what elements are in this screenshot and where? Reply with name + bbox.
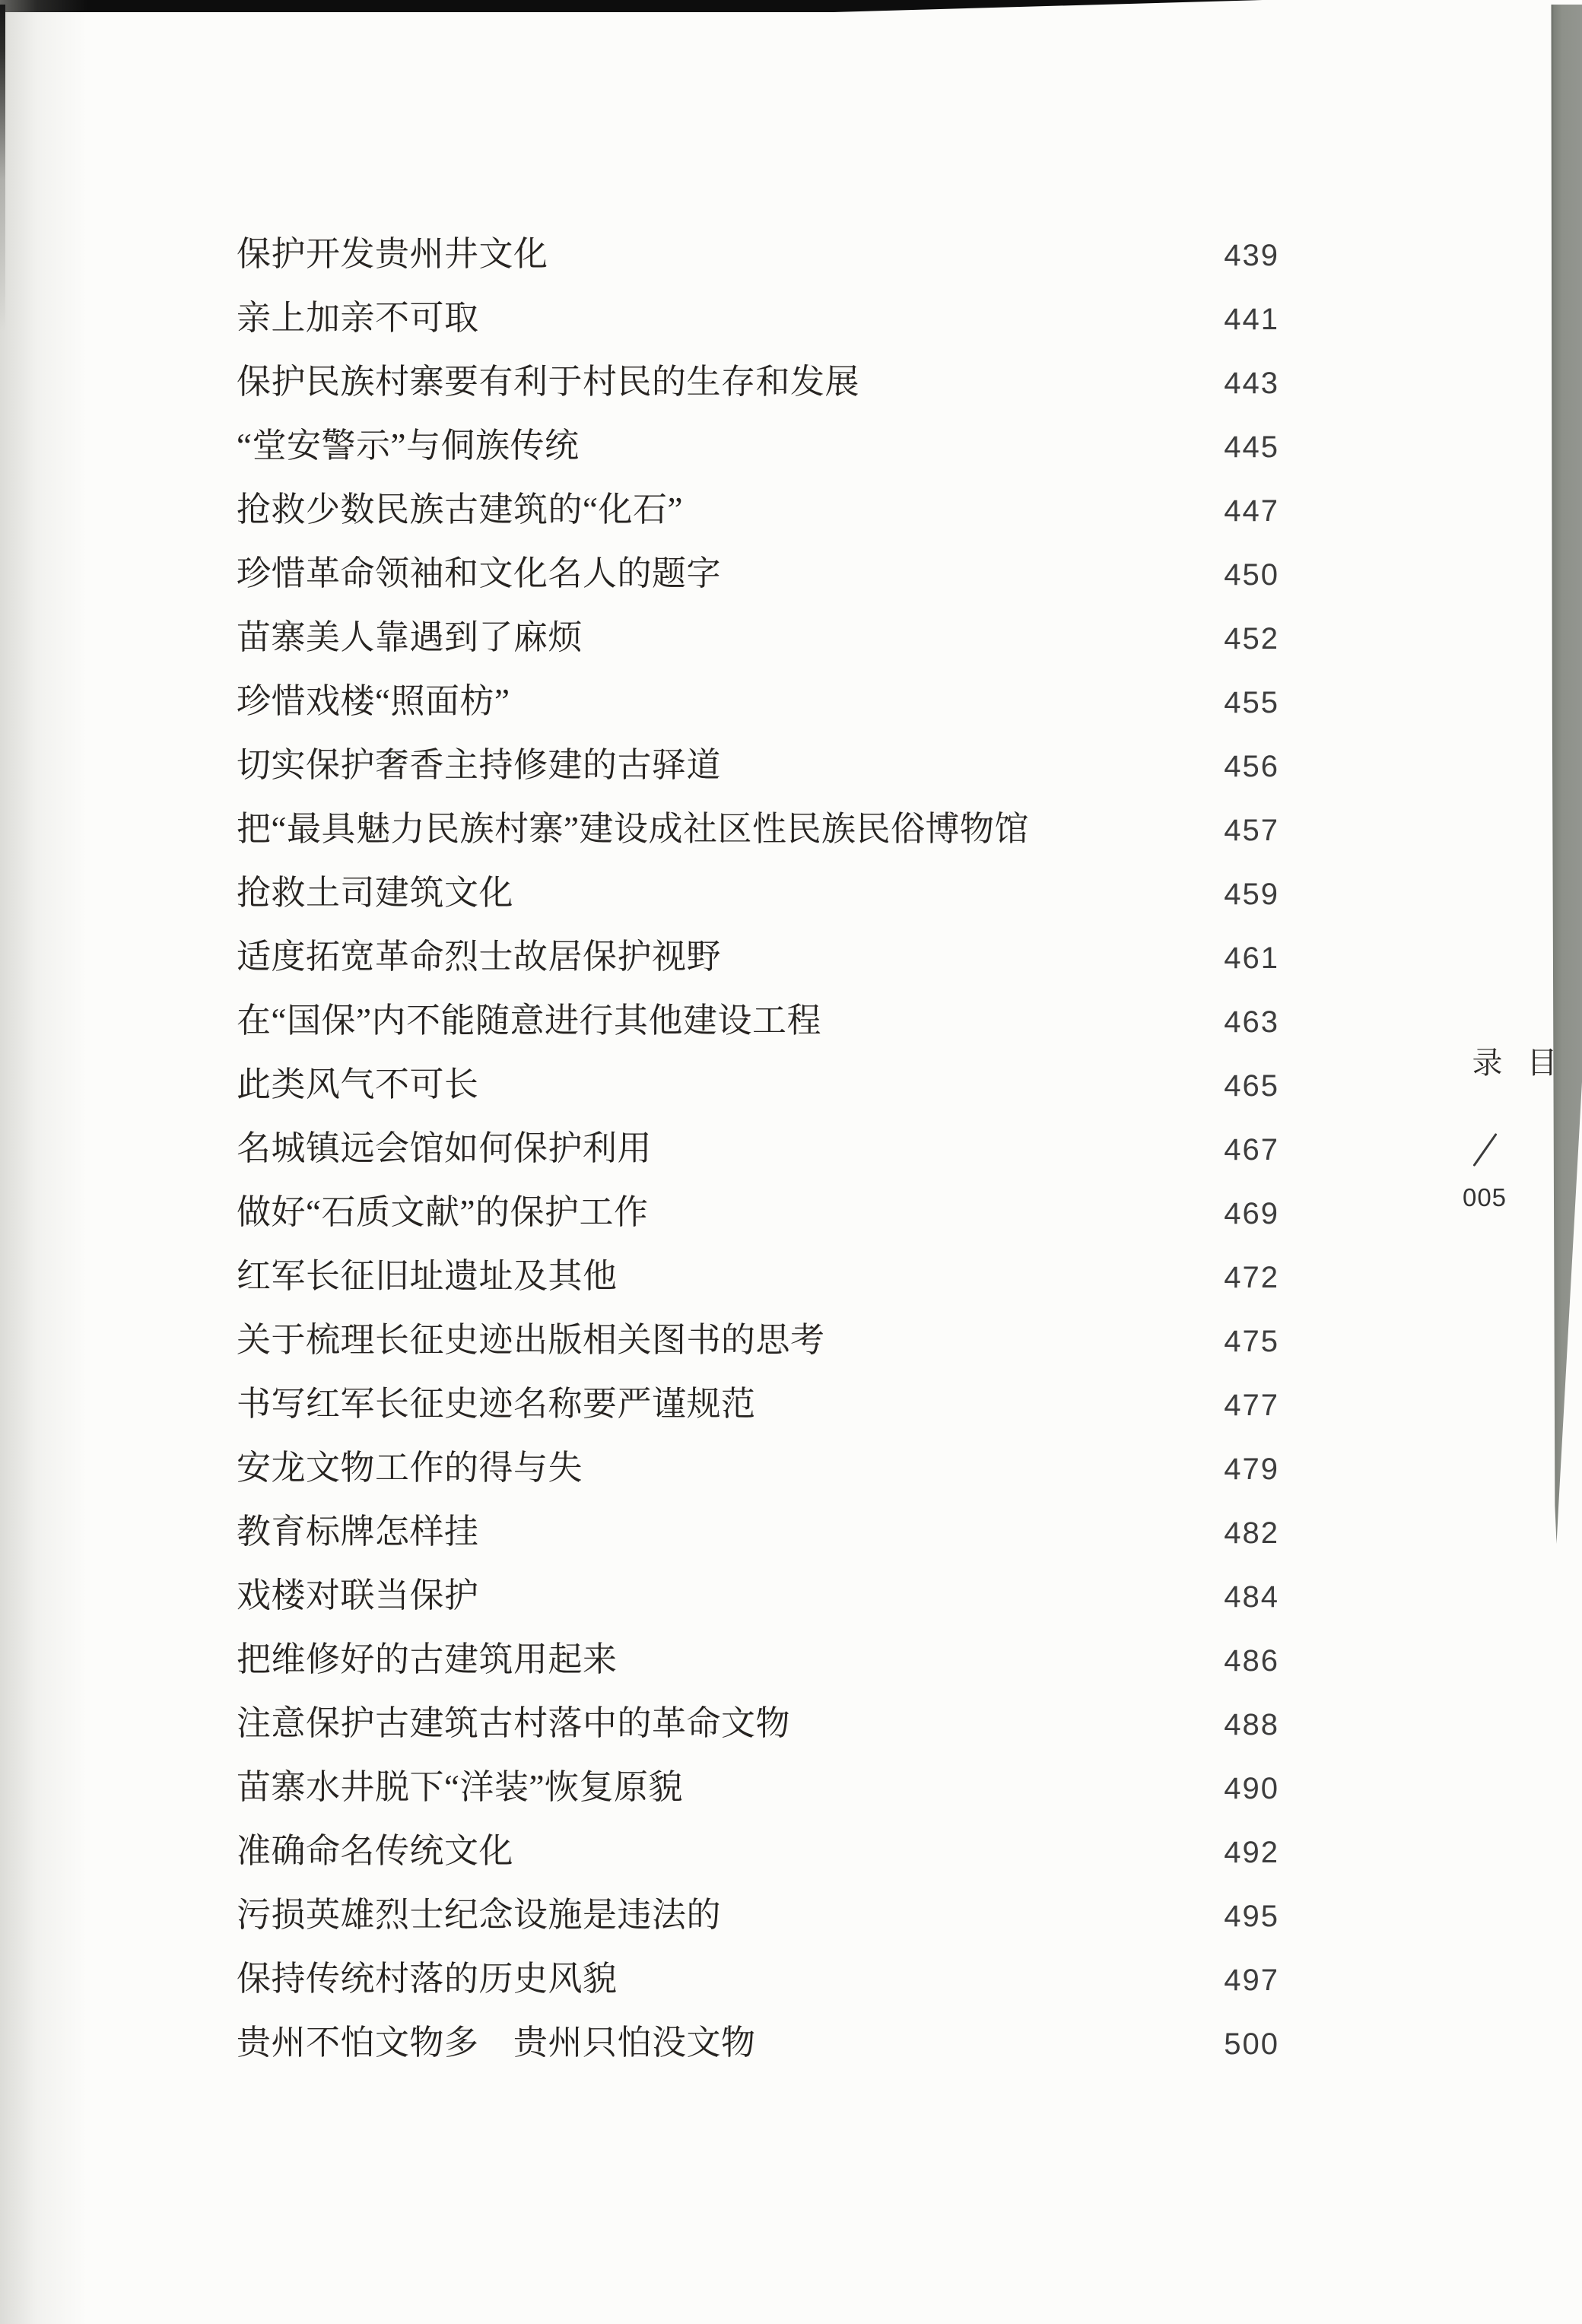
scanned-toc-page: 保护开发贵州井文化439亲上加亲不可取441保护民族村寨要有利于村民的生存和发展… xyxy=(0,0,1582,2324)
toc-entry: 教育标牌怎样挂482 xyxy=(237,1510,1279,1554)
toc-entry: 在“国保”内不能随意进行其他建设工程463 xyxy=(237,998,1279,1043)
toc-entry-page: 477 xyxy=(1224,1389,1279,1423)
toc-entry-page: 445 xyxy=(1224,430,1279,465)
toc-entry: 珍惜戏楼“照面枋”455 xyxy=(237,679,1279,723)
toc-entry-page: 443 xyxy=(1224,367,1279,401)
toc-entry-title: 珍惜戏楼“照面枋” xyxy=(237,679,510,723)
toc-entry-title: 苗寨水井脱下“洋装”恢复原貌 xyxy=(237,1765,683,1809)
scan-shade-left xyxy=(0,0,87,2324)
toc-entry-page: 452 xyxy=(1224,622,1279,656)
toc-entry: 戏楼对联当保护484 xyxy=(237,1573,1279,1618)
toc-entry: 此类风气不可长465 xyxy=(237,1062,1279,1106)
slash-divider xyxy=(1472,1133,1497,1167)
toc-entry-title: 把维修好的古建筑用起来 xyxy=(237,1637,618,1681)
toc-entry-page: 447 xyxy=(1224,494,1279,529)
toc-entry-page: 475 xyxy=(1224,1325,1279,1359)
toc-entry: 亲上加亲不可取441 xyxy=(237,296,1279,340)
toc-entry: 苗寨美人靠遇到了麻烦452 xyxy=(237,615,1279,659)
toc-entry: 红军长征旧址遗址及其他472 xyxy=(237,1254,1279,1298)
toc-entry: 保持传统村落的历史风貌497 xyxy=(237,1957,1279,2001)
toc-entry-title: “堂安警示”与侗族传统 xyxy=(237,424,579,468)
toc-entry: 保护民族村寨要有利于村民的生存和发展443 xyxy=(237,360,1279,404)
toc-entry-page: 457 xyxy=(1224,814,1279,848)
toc-entry: 切实保护奢香主持修建的古驿道456 xyxy=(237,743,1279,787)
toc-entry-page: 467 xyxy=(1224,1133,1279,1167)
toc-entry-page: 492 xyxy=(1224,1836,1279,1870)
toc-page-number: 005 xyxy=(1457,1183,1512,1212)
toc-entry-title: 苗寨美人靠遇到了麻烦 xyxy=(237,615,583,659)
toc-entry-page: 472 xyxy=(1224,1261,1279,1295)
toc-entry-page: 500 xyxy=(1224,2027,1279,2062)
toc-entry-title: 抢救土司建筑文化 xyxy=(237,871,513,915)
toc-entry-title: 准确命名传统文化 xyxy=(237,1829,513,1873)
toc-entry-page: 455 xyxy=(1224,686,1279,720)
toc-entry-title: 关于梳理长征史迹出版相关图书的思考 xyxy=(237,1318,825,1362)
toc-entry: 适度拓宽革命烈士故居保护视野461 xyxy=(237,935,1279,979)
toc-entry-page: 490 xyxy=(1224,1772,1279,1806)
toc-entry-page: 482 xyxy=(1224,1516,1279,1551)
toc-vertical-title: 目录 xyxy=(1457,1022,1567,1121)
toc-entry: 注意保护古建筑古村落中的革命文物488 xyxy=(237,1701,1279,1745)
toc-entry: 贵州不怕文物多 贵州只怕没文物500 xyxy=(237,2021,1279,2065)
toc-entry-title: 珍惜革命领袖和文化名人的题字 xyxy=(237,551,721,595)
toc-entry-page: 459 xyxy=(1224,878,1279,912)
toc-entry: 准确命名传统文化492 xyxy=(237,1829,1279,1873)
toc-entry: 把“最具魅力民族村寨”建设成社区性民族民俗博物馆457 xyxy=(237,807,1279,851)
toc-entry: 珍惜革命领袖和文化名人的题字450 xyxy=(237,551,1279,595)
toc-entry: 做好“石质文献”的保护工作469 xyxy=(237,1190,1279,1234)
toc-entry-title: 亲上加亲不可取 xyxy=(237,296,479,340)
toc-entry: 保护开发贵州井文化439 xyxy=(237,232,1279,276)
toc-entry-title: 此类风气不可长 xyxy=(237,1062,479,1106)
toc-entry-title: 名城镇远会馆如何保护利用 xyxy=(237,1126,652,1170)
toc-entry-title: 做好“石质文献”的保护工作 xyxy=(237,1190,648,1234)
toc-entry-page: 497 xyxy=(1224,1964,1279,1998)
toc-entry-title: 保持传统村落的历史风貌 xyxy=(237,1957,618,2001)
toc-entry-page: 463 xyxy=(1224,1005,1279,1040)
toc-entry: 名城镇远会馆如何保护利用467 xyxy=(237,1126,1279,1170)
toc-entry: 安龙文物工作的得与失479 xyxy=(237,1446,1279,1490)
toc-entry-title: 保护开发贵州井文化 xyxy=(237,232,548,276)
toc-entry: 把维修好的古建筑用起来486 xyxy=(237,1637,1279,1681)
toc-entry-title: 教育标牌怎样挂 xyxy=(237,1510,479,1554)
toc-entry-page: 461 xyxy=(1224,941,1279,976)
toc-entry-page: 469 xyxy=(1224,1197,1279,1231)
toc-entry-title: 污损英雄烈士纪念设施是违法的 xyxy=(237,1893,721,1937)
scan-edge-left xyxy=(0,5,5,332)
scan-book-page-edge-right xyxy=(1549,5,1582,1544)
toc-entry-page: 488 xyxy=(1224,1708,1279,1742)
toc-entry-title: 戏楼对联当保护 xyxy=(237,1573,479,1618)
toc-entry-page: 450 xyxy=(1224,558,1279,592)
toc-entry: 污损英雄烈士纪念设施是违法的495 xyxy=(237,1893,1279,1937)
toc-entry: 抢救土司建筑文化459 xyxy=(237,871,1279,915)
toc-entry-page: 495 xyxy=(1224,1900,1279,1934)
toc-entry-page: 486 xyxy=(1224,1644,1279,1678)
toc-entry-title: 书写红军长征史迹名称要严谨规范 xyxy=(237,1382,756,1426)
toc-entry-title: 抢救少数民族古建筑的“化石” xyxy=(237,487,683,532)
toc-entry: “堂安警示”与侗族传统445 xyxy=(237,424,1279,468)
toc-entry-page: 484 xyxy=(1224,1580,1279,1614)
toc-entry-page: 465 xyxy=(1224,1069,1279,1103)
toc-entry-title: 安龙文物工作的得与失 xyxy=(237,1446,583,1490)
toc-entry-title: 红军长征旧址遗址及其他 xyxy=(237,1254,618,1298)
toc-entry-title: 保护民族村寨要有利于村民的生存和发展 xyxy=(237,360,859,404)
toc-entry: 苗寨水井脱下“洋装”恢复原貌490 xyxy=(237,1765,1279,1809)
toc-entry-page: 479 xyxy=(1224,1452,1279,1487)
toc-entry-title: 把“最具魅力民族村寨”建设成社区性民族民俗博物馆 xyxy=(237,807,1029,851)
toc-entry-page: 441 xyxy=(1224,303,1279,337)
toc-entry-title: 适度拓宽革命烈士故居保护视野 xyxy=(237,935,721,979)
toc-entry-title: 注意保护古建筑古村落中的革命文物 xyxy=(237,1701,790,1745)
toc-entry-title: 切实保护奢香主持修建的古驿道 xyxy=(237,743,721,787)
toc-entry: 抢救少数民族古建筑的“化石”447 xyxy=(237,487,1279,532)
toc-entry: 关于梳理长征史迹出版相关图书的思考475 xyxy=(237,1318,1279,1362)
toc-entry: 书写红军长征史迹名称要严谨规范477 xyxy=(237,1382,1279,1426)
scan-edge-top xyxy=(0,0,1263,12)
margin-marker: 目录 005 xyxy=(1457,1022,1512,1212)
toc-entry-page: 439 xyxy=(1224,239,1279,273)
toc-entry-page: 456 xyxy=(1224,750,1279,784)
toc-entry-title: 在“国保”内不能随意进行其他建设工程 xyxy=(237,998,821,1043)
toc-entry-title: 贵州不怕文物多 贵州只怕没文物 xyxy=(237,2021,756,2065)
